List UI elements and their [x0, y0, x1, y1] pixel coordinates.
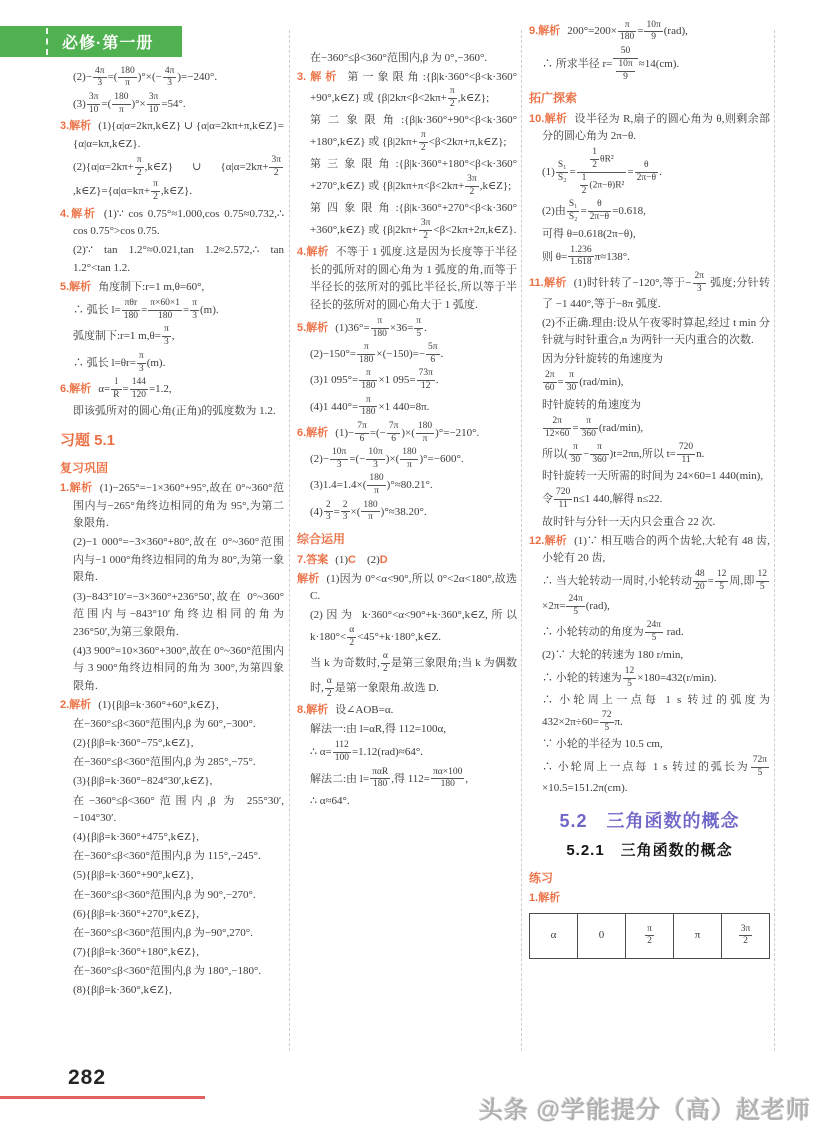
- paragraph-text: 令72011n≤1 440,解得 n≤22.: [542, 493, 662, 505]
- section-heading: 拓广探索: [529, 89, 770, 108]
- fraction: 3π2: [738, 924, 754, 949]
- paragraph-text: ∴ 小轮周上一点每 1 s 转过的弧度为 432×2π÷60=725π.: [542, 694, 770, 728]
- solution-paragraph: 时针旋转一天所需的时间为 24×60=1 440(min),: [529, 468, 770, 486]
- fraction: 1.2361.618: [567, 245, 594, 270]
- fraction: π180: [356, 342, 376, 367]
- solution-paragraph: 在−360°≤β<360°范围内,β 为 180°,−180°.: [60, 963, 284, 981]
- solution-paragraph: (3)−843°10′=−3×360°+236°50′,故在 0°~360°范围…: [60, 589, 284, 642]
- answer-label: 3.解析: [297, 71, 340, 83]
- paragraph-text: (1)C (2)D: [335, 554, 388, 566]
- solution-paragraph: 当 k 为奇数时,α2是第三象限角;当 k 为偶数时,α2是第一象限角.故选 D…: [297, 651, 517, 701]
- paragraph-text: (6){β|β=k·360°+270°,k∈Z},: [73, 908, 199, 920]
- paragraph-text: 在−360°≤β<360°范围内,β 为 285°,−75°.: [73, 756, 256, 768]
- solution-paragraph: 在−360°≤β<360°范围内,β 为 90°,−270°.: [60, 887, 284, 905]
- solution-paragraph: 第二象限角:{β|k·360°+90°<β<k·360°+180°,k∈Z} 或…: [297, 112, 517, 154]
- fraction: 180π: [111, 92, 131, 117]
- solution-paragraph: 6.解析α=lR=144120=1.2,: [60, 377, 284, 402]
- paragraph-text: (2)−4π3=(180π)°×(−4π3)=−240°.: [73, 71, 217, 83]
- answer-label: 3.解析: [60, 120, 91, 132]
- solution-paragraph: 3.解析第一象限角:{β|k·360°<β<k·360°+90°,k∈Z} 或 …: [297, 69, 517, 111]
- solutions-column-middle: 在−360°≤β<360°范围内,β 为 0°,−360°.3.解析第一象限角:…: [297, 48, 517, 1048]
- paragraph-text: (1)−265°=−1×360°+95°,故在 0°~360°范围内与−265°…: [73, 482, 284, 529]
- table-cell: π2: [626, 913, 674, 959]
- solution-paragraph: (3)1.4=1.4×(180π)°≈80.21°.: [297, 473, 517, 498]
- fraction: 10π9: [643, 20, 663, 45]
- paragraph-text: 练习: [529, 871, 553, 885]
- fraction: 180π: [360, 500, 380, 525]
- fraction: π3: [189, 298, 200, 323]
- paragraph-text: 当 k 为奇数时,α2是第三象限角;当 k 为偶数时,α2是第一象限角.故选 D…: [310, 657, 517, 694]
- solution-paragraph: 所以(π30−π360)t=2πn,所以 t=72011n.: [529, 442, 770, 467]
- answer-choice: C: [348, 554, 356, 566]
- answer-label: 1.解析: [529, 892, 560, 904]
- solution-paragraph: (8){β|β=k·360°,k∈Z},: [60, 982, 284, 1000]
- fraction: S₁S₂: [566, 199, 581, 224]
- fraction: 10π9: [615, 59, 635, 84]
- page-number: 282: [68, 1066, 106, 1090]
- section-heading: 习题 5.1: [60, 429, 284, 453]
- paragraph-text: 解法二:由 l=παR180,得 112=πα×100180,: [310, 773, 468, 785]
- solution-paragraph: (2)因为 k·360°<α<90°+k·360°,k∈Z,所以 k·180°<…: [297, 607, 517, 649]
- fraction: 3π10: [146, 92, 162, 117]
- fraction: 23: [340, 500, 351, 525]
- paragraph-text: (2)因为 k·360°<α<90°+k·360°,k∈Z,所以 k·180°<…: [310, 609, 517, 643]
- paragraph-text: (4)3 900°=10×360°+300°,故在 0°~360°范围内与 3 …: [73, 645, 284, 692]
- solution-paragraph: (7){β|β=k·360°+180°,k∈Z},: [60, 944, 284, 962]
- fraction: 4π3: [162, 66, 178, 91]
- column-divider: [289, 30, 290, 1051]
- paragraph-text: (2)−10π3=(−10π3)×(180π)°=−600°.: [310, 453, 464, 465]
- fraction: 180π: [117, 66, 137, 91]
- paragraph-text: 弧度制下:r=1 m,θ=π3,: [73, 330, 175, 342]
- paragraph-text: (1)因为 0°<α<90°,所以 0°<2α<180°,故选 C.: [310, 573, 517, 603]
- solution-paragraph: 解析(1)因为 0°<α<90°,所以 0°<2α<180°,故选 C.: [297, 571, 517, 606]
- paragraph-text: (4)23=23×(180π)°≈38.20°.: [310, 506, 427, 518]
- fraction: π180: [358, 368, 378, 393]
- paragraph-text: ∴ 小轮的转速为125×180=432(r/min).: [542, 672, 717, 684]
- paragraph-text: 故时针与分针一天内只会重合 22 次.: [542, 516, 715, 528]
- fraction: π2: [134, 155, 145, 180]
- fraction: π30: [568, 442, 584, 467]
- volume-banner: 必修·第一册: [0, 26, 182, 57]
- solution-paragraph: 4.解析不等于 1 弧度.这是因为长度等于半径长的弧所对的圆心角为 1 弧度的角…: [297, 244, 517, 314]
- answer-label: 9.解析: [529, 25, 560, 37]
- solution-paragraph: 在−360°≤β<360°范围内,β 为 0°,−360°.: [297, 50, 517, 68]
- solution-paragraph: 解法二:由 l=παR180,得 112=πα×100180,: [297, 767, 517, 792]
- paragraph-text: 第三象限角:{β|k·360°+180°<β<k·360°+270°,k∈Z} …: [310, 158, 517, 192]
- paragraph-text: (1){β|β=k·360°+60°,k∈Z},: [98, 699, 219, 711]
- fraction: 3π2: [464, 174, 480, 199]
- fraction: πα×100180: [430, 767, 465, 792]
- paragraph-text: (5){β|β=k·360°+90°,k∈Z},: [73, 869, 194, 881]
- solution-paragraph: (2)∵ tan 1.2°≈0.021,tan 1.2≈2.572,∴ tan …: [60, 242, 284, 277]
- fraction: 5010π9: [612, 46, 638, 84]
- solution-paragraph: ∴ 小轮周上一点每 1 s 转过的弧长为72π5×10.5=151.2π(cm)…: [529, 755, 770, 797]
- paragraph-text: 5.2.1 三角函数的概念: [566, 842, 732, 859]
- fraction: π2: [150, 179, 161, 204]
- paragraph-text: 200°=200×π180=10π9(rad),: [567, 25, 688, 37]
- solution-paragraph: 11.解析(1)时针转了−120°,等于−2π3 弧度;分针转了 −1 440°…: [529, 271, 770, 313]
- fraction: 5π6: [425, 342, 441, 367]
- paragraph-text: (1)36°=π180×36=π5.: [335, 322, 427, 334]
- fraction: π30: [564, 370, 580, 395]
- paragraph-text: ∴ 小轮周上一点每 1 s 转过的弧长为72π5×10.5=151.2π(cm)…: [542, 761, 770, 794]
- solution-paragraph: ∴ 小轮转动的角度为24π5 rad.: [529, 620, 770, 645]
- column-divider: [774, 30, 775, 1051]
- paragraph-text: (1)−7π6=(−7π6)×(180π)°=−210°.: [335, 427, 479, 439]
- fraction: 725: [599, 710, 615, 735]
- fraction: S₁S₂: [555, 160, 570, 185]
- solution-paragraph: (2)∵ 大轮的转速为 180 r/min,: [529, 647, 770, 665]
- solution-paragraph: 因为分针旋转的角速度为: [529, 351, 770, 369]
- paragraph-text: (2){α|α=2kπ+π2,k∈Z} ∪ {α|α=2kπ+3π2,k∈Z}=…: [73, 161, 284, 198]
- table-cell: π: [674, 913, 722, 959]
- paragraph-text: (1)时针转了−120°,等于−2π3 弧度;分针转了 −1 440°,等于−8…: [542, 277, 770, 310]
- fraction: πθr180: [121, 298, 141, 323]
- paragraph-text: ∴ α=112100=1.12(rad)≈64°.: [310, 746, 423, 758]
- solution-paragraph: 10.解析设半径为 R,扇子的圆心角为 θ,则剩余部分的圆心角为 2π−θ.: [529, 111, 770, 146]
- paragraph-text: 设∠AOB=α.: [335, 704, 393, 716]
- solution-paragraph: ∴ 小轮的转速为125×180=432(r/min).: [529, 666, 770, 691]
- paragraph-text: 在−360°≤β<360°范围内,β 为 255°30′,−104°30′.: [73, 795, 284, 825]
- solution-paragraph: 4.解析(1)∵ cos 0.75°≈1.000,cos 0.75≈0.732,…: [60, 206, 284, 241]
- fraction: lR: [110, 377, 122, 402]
- solution-paragraph: (2)−150°=π180×(−150)=−5π6.: [297, 342, 517, 367]
- paragraph-text: 拓广探索: [529, 91, 577, 105]
- paragraph-text: ∴ 弧长 l=πθr180=π×60×1180=π3(m).: [73, 304, 219, 316]
- paragraph-text: 时针旋转的角速度为: [542, 399, 641, 411]
- fraction: π3: [161, 324, 172, 349]
- answer-table: α0π2π3π2: [529, 913, 770, 959]
- solution-paragraph: 8.解析设∠AOB=α.: [297, 702, 517, 720]
- section-heading: 5.2 三角函数的概念: [529, 807, 770, 836]
- solution-paragraph: (4){β|β=k·360°+475°,k∈Z},: [60, 829, 284, 847]
- fraction: π180: [358, 395, 378, 420]
- solution-paragraph: (3)1 095°=π180×1 095=73π12.: [297, 368, 517, 393]
- paragraph-text: 因为分针旋转的角速度为: [542, 353, 663, 365]
- answer-label: 4.解析: [60, 208, 97, 220]
- paragraph-text: 在−360°≤β<360°范围内,β 为 0°,−360°.: [310, 52, 487, 64]
- solution-paragraph: 1.解析(1)−265°=−1×360°+95°,故在 0°~360°范围内与−…: [60, 480, 284, 533]
- answer-label: 11.解析: [529, 277, 567, 289]
- solution-paragraph: ∴ 弧长 l=θr=π3(m).: [60, 351, 284, 376]
- paragraph-text: 即该弧所对的圆心角(正角)的弧度数为 1.2.: [73, 405, 276, 417]
- solution-paragraph: 解法一:由 l=αR,得 112=100α,: [297, 721, 517, 739]
- solution-paragraph: ∵ 小轮的半径为 10.5 cm,: [529, 736, 770, 754]
- paragraph-text: (1)∵ 相互啮合的两个齿轮,大轮有 48 齿,小轮有 20 齿,: [542, 535, 770, 565]
- answer-label: 1.解析: [60, 482, 93, 494]
- solution-paragraph: (1)S₁S₂=12θR²12(2π−θ)R²=θ2π−θ.: [529, 147, 770, 198]
- solution-paragraph: ∴ 小轮周上一点每 1 s 转过的弧度为 432×2π÷60=725π.: [529, 692, 770, 734]
- paragraph-text: (8){β|β=k·360°,k∈Z},: [73, 984, 172, 996]
- paragraph-text: 则 θ=1.2361.618π≈138°.: [542, 251, 630, 263]
- solution-paragraph: (2)不正确.理由:设从午夜零时算起,经过 t min 分针就与时针重合,n 为…: [529, 315, 770, 350]
- solution-paragraph: 3.解析(1){α|α=2kπ,k∈Z} ∪ {α|α=2kπ+π,k∈Z}={…: [60, 118, 284, 153]
- fraction: π180: [370, 316, 390, 341]
- paragraph-text: (2)由S₁S₂=θ2π−θ=0.618,: [542, 205, 646, 217]
- table-cell: 3π2: [722, 913, 770, 959]
- section-heading: 5.2.1 三角函数的概念: [529, 839, 770, 863]
- answer-label: 5.解析: [60, 281, 91, 293]
- column-divider: [521, 30, 522, 1051]
- fraction: 3π2: [418, 218, 434, 243]
- paragraph-text: 时针旋转一天所需的时间为 24×60=1 440(min),: [542, 470, 763, 482]
- answer-label: 10.解析: [529, 113, 567, 125]
- fraction: π360: [579, 416, 599, 441]
- solution-paragraph: 2.解析(1){β|β=k·360°+60°,k∈Z},: [60, 697, 284, 715]
- section-heading: 练习: [529, 869, 770, 888]
- paragraph-text: 在−360°≤β<360°范围内,β 为 60°,−300°.: [73, 718, 256, 730]
- fraction: 12: [579, 173, 590, 198]
- solution-paragraph: (2)由S₁S₂=θ2π−θ=0.618,: [529, 199, 770, 224]
- paragraph-text: 角度制下:r=1 m,θ=60°,: [98, 281, 204, 293]
- banner-divider-dashes: [46, 28, 48, 55]
- fraction: 23: [323, 500, 334, 525]
- fraction: 72011: [553, 487, 573, 512]
- answer-label: 4.解析: [297, 246, 329, 258]
- paragraph-text: ∵ 小轮的半径为 10.5 cm,: [542, 738, 663, 750]
- paragraph-text: 第一象限角:{β|k·360°<β<k·360°+90°,k∈Z} 或 {β|2…: [310, 71, 517, 105]
- solution-paragraph: 7.答案(1)C (2)D: [297, 552, 517, 570]
- solution-paragraph: 2π60=π30(rad/min),: [529, 370, 770, 395]
- solution-paragraph: 则 θ=1.2361.618π≈138°.: [529, 245, 770, 270]
- solution-paragraph: (4)3 900°=10×360°+300°,故在 0°~360°范围内与 3 …: [60, 643, 284, 696]
- fraction: 125: [755, 569, 770, 594]
- fraction: 2π12×60: [542, 416, 572, 441]
- fraction: 10π3: [329, 447, 349, 472]
- paragraph-text: (3)3π10=(180π)°×3π10=54°.: [73, 98, 186, 110]
- paragraph-text: (2)−150°=π180×(−150)=−5π6.: [310, 348, 443, 360]
- fraction: π3: [136, 351, 147, 376]
- paragraph-text: (4){β|β=k·360°+475°,k∈Z},: [73, 831, 199, 843]
- answer-label: 8.解析: [297, 704, 328, 716]
- solution-paragraph: ∴ 弧长 l=πθr180=π×60×1180=π3(m).: [60, 298, 284, 323]
- solution-paragraph: ∴ α=112100=1.12(rad)≈64°.: [297, 740, 517, 765]
- answer-label: 5.解析: [297, 322, 328, 334]
- answer-label: 解析: [297, 573, 320, 585]
- solution-paragraph: 6.解析(1)−7π6=(−7π6)×(180π)°=−210°.: [297, 421, 517, 446]
- paragraph-text: 解法一:由 l=αR,得 112=100α,: [310, 723, 446, 735]
- paragraph-text: (3)−843°10′=−3×360°+236°50′,故在 0°~360°范围…: [73, 591, 284, 638]
- paragraph-text: ∴ α≈64°.: [310, 795, 350, 807]
- fraction: 144120: [129, 377, 149, 402]
- fraction: 3π2: [268, 155, 284, 180]
- fraction: θ2π−θ: [587, 199, 612, 224]
- paragraph-text: 不等于 1 弧度.这是因为长度等于半径长的弧所对的圆心角为 1 弧度的角,而等于…: [310, 246, 517, 311]
- answer-label: 12.解析: [529, 535, 567, 547]
- answer-label: 6.解析: [297, 427, 328, 439]
- fraction: παR180: [369, 767, 391, 792]
- paragraph-text: (2){β|β=k·360°−75°,k∈Z},: [73, 737, 194, 749]
- solution-paragraph: 在−360°≤β<360°范围内,β 为−90°,270°.: [60, 925, 284, 943]
- fraction: 24π5: [644, 620, 664, 645]
- solution-paragraph: 在−360°≤β<360°范围内,β 为 60°,−300°.: [60, 716, 284, 734]
- fraction: π2: [418, 130, 429, 155]
- paragraph-text: (3){β|β=k·360°−824°30′,k∈Z},: [73, 775, 212, 787]
- paragraph-text: (2)∵ tan 1.2°≈0.021,tan 1.2≈2.572,∴ tan …: [73, 244, 284, 274]
- paragraph-text: (4)1 440°=π180×1 440=8π.: [310, 401, 429, 413]
- paragraph-text: 在−360°≤β<360°范围内,β 为−90°,270°.: [73, 927, 253, 939]
- fraction: 73π12: [416, 368, 436, 393]
- page-number-underline: [0, 1096, 205, 1099]
- answer-label: 2.解析: [60, 699, 91, 711]
- solution-paragraph: 2π12×60=π360(rad/min),: [529, 416, 770, 441]
- section-heading: 复习巩固: [60, 459, 284, 478]
- paragraph-text: 习题 5.1: [60, 432, 115, 449]
- paragraph-text: 可得 θ=0.618(2π−θ),: [542, 228, 636, 240]
- paragraph-text: (3)1.4=1.4×(180π)°≈80.21°.: [310, 479, 433, 491]
- solution-paragraph: (5){β|β=k·360°+90°,k∈Z},: [60, 867, 284, 885]
- solution-paragraph: 1.解析: [529, 890, 770, 908]
- solution-paragraph: (3)3π10=(180π)°×3π10=54°.: [60, 92, 284, 117]
- fraction: 112100: [332, 740, 352, 765]
- paragraph-text: 第二象限角:{β|k·360°+90°<β<k·360°+180°,k∈Z} 或…: [310, 114, 517, 148]
- fraction: α2: [380, 651, 391, 676]
- fraction: 180π: [399, 447, 419, 472]
- paragraph-text: (7){β|β=k·360°+180°,k∈Z},: [73, 946, 199, 958]
- fraction: 7π6: [386, 421, 402, 446]
- solution-paragraph: (2)−1 000°=−3×360°+80°,故在 0°~360°范围内与−1 …: [60, 534, 284, 587]
- solution-paragraph: 在−360°≤β<360°范围内,β 为 255°30′,−104°30′.: [60, 793, 284, 828]
- paragraph-text: (1)∵ cos 0.75°≈1.000,cos 0.75≈0.732,∴ co…: [73, 208, 284, 238]
- paragraph-text: ∴ 弧长 l=θr=π3(m).: [73, 357, 165, 369]
- answer-choice: D: [380, 554, 388, 566]
- table-cell: 0: [578, 913, 626, 959]
- fraction: 125: [622, 666, 638, 691]
- fraction: 3π10: [86, 92, 102, 117]
- solution-paragraph: ∴ α≈64°.: [297, 793, 517, 811]
- fraction: 2π3: [692, 271, 708, 296]
- fraction: π×60×1180: [147, 298, 183, 323]
- fraction: θ2π−θ: [634, 160, 659, 185]
- solution-paragraph: 弧度制下:r=1 m,θ=π3,: [60, 324, 284, 349]
- solution-paragraph: 令72011n≤1 440,解得 n≤22.: [529, 487, 770, 512]
- paragraph-text: 在−360°≤β<360°范围内,β 为 180°,−180°.: [73, 965, 261, 977]
- solution-paragraph: (4)1 440°=π180×1 440=8π.: [297, 395, 517, 420]
- solution-paragraph: (2){α|α=2kπ+π2,k∈Z} ∪ {α|α=2kπ+3π2,k∈Z}=…: [60, 155, 284, 205]
- watermark: 头条 @学能提分（高）赵老师: [479, 1090, 811, 1125]
- solution-paragraph: (2){β|β=k·360°−75°,k∈Z},: [60, 735, 284, 753]
- paragraph-text: α=lR=144120=1.2,: [98, 383, 172, 395]
- solution-paragraph: 时针旋转的角速度为: [529, 397, 770, 415]
- fraction: 10π3: [365, 447, 385, 472]
- solution-paragraph: 可得 θ=0.618(2π−θ),: [529, 226, 770, 244]
- fraction: 125: [714, 569, 730, 594]
- solution-paragraph: (3){β|β=k·360°−824°30′,k∈Z},: [60, 773, 284, 791]
- paragraph-text: (2)−1 000°=−3×360°+80°,故在 0°~360°范围内与−1 …: [73, 536, 284, 583]
- paragraph-text: 设半径为 R,扇子的圆心角为 θ,则剩余部分的圆心角为 2π−θ.: [542, 113, 770, 143]
- paragraph-text: 综合运用: [297, 532, 345, 546]
- paragraph-text: 2π60=π30(rad/min),: [542, 376, 624, 388]
- solutions-column-left: (2)−4π3=(180π)°×(−4π3)=−240°.(3)3π10=(18…: [60, 64, 284, 1049]
- paragraph-text: (2)∵ 大轮的转速为 180 r/min,: [542, 649, 683, 661]
- solution-paragraph: (2)−10π3=(−10π3)×(180π)°=−600°.: [297, 447, 517, 472]
- solution-paragraph: 9.解析200°=200×π180=10π9(rad),: [529, 20, 770, 45]
- paragraph-text: ∴ 所求半径 r=5010π9≈14(cm).: [542, 58, 679, 70]
- fraction: 12: [589, 147, 600, 172]
- paragraph-text: 第四象限角:{β|k·360°+270°<β<k·360°+360°,k∈Z} …: [310, 202, 517, 236]
- answer-label: 6.解析: [60, 383, 91, 395]
- paragraph-text: 5.2 三角函数的概念: [559, 811, 739, 831]
- paragraph-text: (1){α|α=2kπ,k∈Z} ∪ {α|α=2kπ+π,k∈Z}={α|α=…: [73, 120, 284, 150]
- fraction: 180π: [366, 473, 386, 498]
- fraction: 7π6: [354, 421, 370, 446]
- fraction: 24π5: [565, 594, 585, 619]
- fraction: π2: [447, 86, 458, 111]
- solution-paragraph: 12.解析(1)∵ 相互啮合的两个齿轮,大轮有 48 齿,小轮有 20 齿,: [529, 533, 770, 568]
- table-cell: α: [529, 913, 578, 959]
- volume-title: 必修·第一册: [62, 30, 153, 53]
- fraction: 72π5: [750, 755, 770, 780]
- fraction: α2: [324, 676, 335, 701]
- solution-paragraph: (4)23=23×(180π)°≈38.20°.: [297, 500, 517, 525]
- paragraph-text: 所以(π30−π360)t=2πn,所以 t=72011n.: [542, 448, 704, 460]
- solution-paragraph: 5.解析(1)36°=π180×36=π5.: [297, 316, 517, 341]
- solution-paragraph: 在−360°≤β<360°范围内,β 为 285°,−75°.: [60, 754, 284, 772]
- fraction: 12θR²12(2π−θ)R²: [576, 147, 628, 198]
- solution-paragraph: 5.解析角度制下:r=1 m,θ=60°,: [60, 279, 284, 297]
- solution-paragraph: 即该弧所对的圆心角(正角)的弧度数为 1.2.: [60, 403, 284, 421]
- textbook-answer-page: 必修·第一册 (2)−4π3=(180π)°×(−4π3)=−240°.(3)3…: [0, 0, 817, 1146]
- solution-paragraph: (2)−4π3=(180π)°×(−4π3)=−240°.: [60, 66, 284, 91]
- paragraph-text: ∴ 小轮转动的角度为24π5 rad.: [542, 626, 684, 638]
- paragraph-text: ∴ 当大轮转动一周时,小轮转动4820=125周,即125×2π=24π5(ra…: [542, 575, 770, 612]
- solution-paragraph: 故时针与分针一天内只会重合 22 次.: [529, 514, 770, 532]
- fraction: 2π60: [542, 370, 558, 395]
- paragraph-text: 在−360°≤β<360°范围内,β 为 90°,−270°.: [73, 889, 256, 901]
- paragraph-text: (2)不正确.理由:设从午夜零时算起,经过 t min 分针就与时针重合,n 为…: [542, 317, 770, 347]
- fraction: 72011: [676, 442, 696, 467]
- paragraph-text: 复习巩固: [60, 461, 108, 475]
- solution-paragraph: 第三象限角:{β|k·360°+180°<β<k·360°+270°,k∈Z} …: [297, 156, 517, 198]
- solution-paragraph: 在−360°≤β<360°范围内,β 为 115°,−245°.: [60, 848, 284, 866]
- solutions-column-right: 9.解析200°=200×π180=10π9(rad),∴ 所求半径 r=501…: [529, 18, 770, 1060]
- paragraph-text: (3)1 095°=π180×1 095=73π12.: [310, 374, 439, 386]
- solution-paragraph: ∴ 当大轮转动一周时,小轮转动4820=125周,即125×2π=24π5(ra…: [529, 569, 770, 619]
- section-heading: 综合运用: [297, 530, 517, 549]
- paragraph-text: 在−360°≤β<360°范围内,β 为 115°,−245°.: [73, 850, 261, 862]
- fraction: 180π: [415, 421, 435, 446]
- fraction: π180: [617, 20, 637, 45]
- solution-paragraph: (6){β|β=k·360°+270°,k∈Z},: [60, 906, 284, 924]
- paragraph-text: (1)S₁S₂=12θR²12(2π−θ)R²=θ2π−θ.: [542, 166, 662, 178]
- fraction: π5: [413, 316, 424, 341]
- fraction: π2: [644, 924, 655, 949]
- fraction: 4820: [692, 569, 708, 594]
- fraction: π360: [589, 442, 609, 467]
- answer-label: 7.答案: [297, 554, 328, 566]
- solution-paragraph: ∴ 所求半径 r=5010π9≈14(cm).: [529, 46, 770, 84]
- fraction: 4π3: [92, 66, 108, 91]
- fraction: α2: [346, 625, 357, 650]
- paragraph-text: 2π12×60=π360(rad/min),: [542, 422, 643, 434]
- solution-paragraph: 第四象限角:{β|k·360°+270°<β<k·360°+360°,k∈Z} …: [297, 200, 517, 242]
